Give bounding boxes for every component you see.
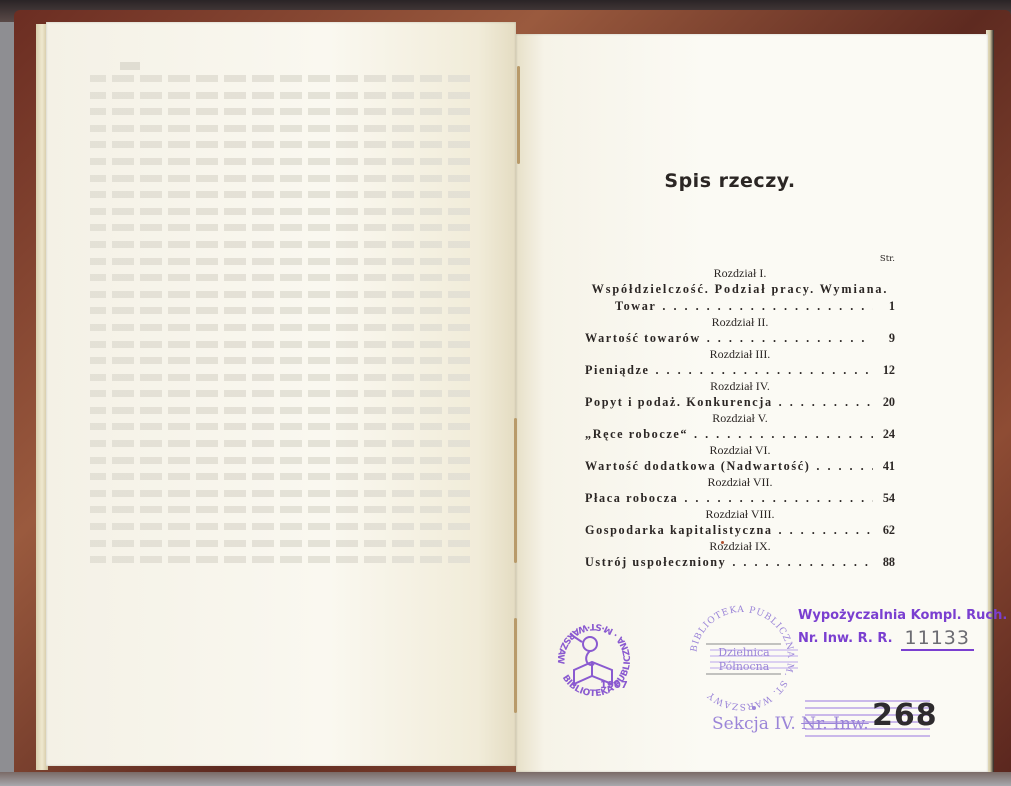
struck-inventory-label: Nr. Inw. bbox=[801, 714, 869, 734]
chapter-heading: Rozdział VIII. bbox=[585, 507, 895, 522]
library-stamp-icon: 1907 BIBLIOTEKA PUBLICZNA · M·ST·WARSZAW… bbox=[548, 614, 640, 706]
inventory-prefix: Nr. Inw. R. R. bbox=[798, 628, 893, 650]
chapter-heading: Rozdział II. bbox=[585, 315, 895, 330]
binding-thread bbox=[514, 618, 517, 713]
section-stamp: Sekcja IV. Nr. Inw. bbox=[712, 714, 869, 734]
binding-thread bbox=[517, 66, 520, 164]
chapter-heading: Rozdział VI. bbox=[585, 443, 895, 458]
library-stamp: 1907 BIBLIOTEKA PUBLICZNA · M·ST·WARSZAW… bbox=[548, 614, 640, 706]
bleed-through-text bbox=[90, 70, 470, 568]
table-of-contents: Spis rzeczy. Str. Rozdział I. Współdziel… bbox=[585, 170, 895, 571]
toc-entry: Gospodarka kapitalistyczna..............… bbox=[585, 522, 895, 539]
lending-stamp-line1: Wypożyczalnia Kompl. Ruch. bbox=[798, 605, 1007, 627]
chapter-heading: Rozdział I. bbox=[585, 266, 895, 281]
chapter-heading: Rozdział IV. bbox=[585, 379, 895, 394]
handwritten-inventory-number: 11133 bbox=[901, 627, 974, 651]
toc-entry-line1: Współdzielczość. Podział pracy. Wymiana. bbox=[585, 281, 895, 298]
toc-entry: Towar..................................1 bbox=[585, 298, 895, 315]
chapter-heading: Rozdział VII. bbox=[585, 475, 895, 490]
toc-entry: Wartość dodatkowa (Nadwartość)..........… bbox=[585, 458, 895, 475]
page-column-label: Str. bbox=[585, 254, 895, 264]
svg-text:Północna: Północna bbox=[719, 660, 770, 673]
chapter-heading: Rozdział IX. bbox=[585, 539, 895, 554]
chapter-heading: Rozdział III. bbox=[585, 347, 895, 362]
toc-title: Spis rzeczy. bbox=[565, 170, 895, 192]
bottom-shadow bbox=[0, 772, 1011, 786]
svg-text:BIBLIOTEKA PUBLICZNA · M·ST·WA: BIBLIOTEKA PUBLICZNA · M·ST·WARSZAWY bbox=[548, 614, 633, 699]
ink-spot bbox=[721, 541, 724, 544]
lending-stamp-line2: Nr. Inw. R. R. 11133 bbox=[798, 627, 1007, 651]
toc-entry: Ustrój uspołeczniony....................… bbox=[585, 554, 895, 571]
branch-stamp-icon: BIBLIOTEKA PUBLICZNA M. ST. WARSZAWY Dzi… bbox=[686, 604, 798, 712]
branch-stamp: BIBLIOTEKA PUBLICZNA M. ST. WARSZAWY Dzi… bbox=[686, 604, 798, 712]
inventory-number: 268 bbox=[872, 698, 938, 733]
section-label: Sekcja IV. bbox=[712, 714, 796, 734]
binding-thread bbox=[514, 418, 517, 563]
toc-entry: Płaca robocza...........................… bbox=[585, 490, 895, 507]
toc-entry: Pieniądze...............................… bbox=[585, 362, 895, 379]
lending-stamp: Wypożyczalnia Kompl. Ruch. Nr. Inw. R. R… bbox=[798, 605, 1007, 651]
chapter-heading: Rozdział V. bbox=[585, 411, 895, 426]
toc-entry: Wartość towarów.........................… bbox=[585, 330, 895, 347]
svg-text:Dzielnica: Dzielnica bbox=[718, 646, 770, 659]
toc-entry: „Ręce robocze“..........................… bbox=[585, 426, 895, 443]
toc-entry: Popyt i podaż. Konkurencja..............… bbox=[585, 394, 895, 411]
